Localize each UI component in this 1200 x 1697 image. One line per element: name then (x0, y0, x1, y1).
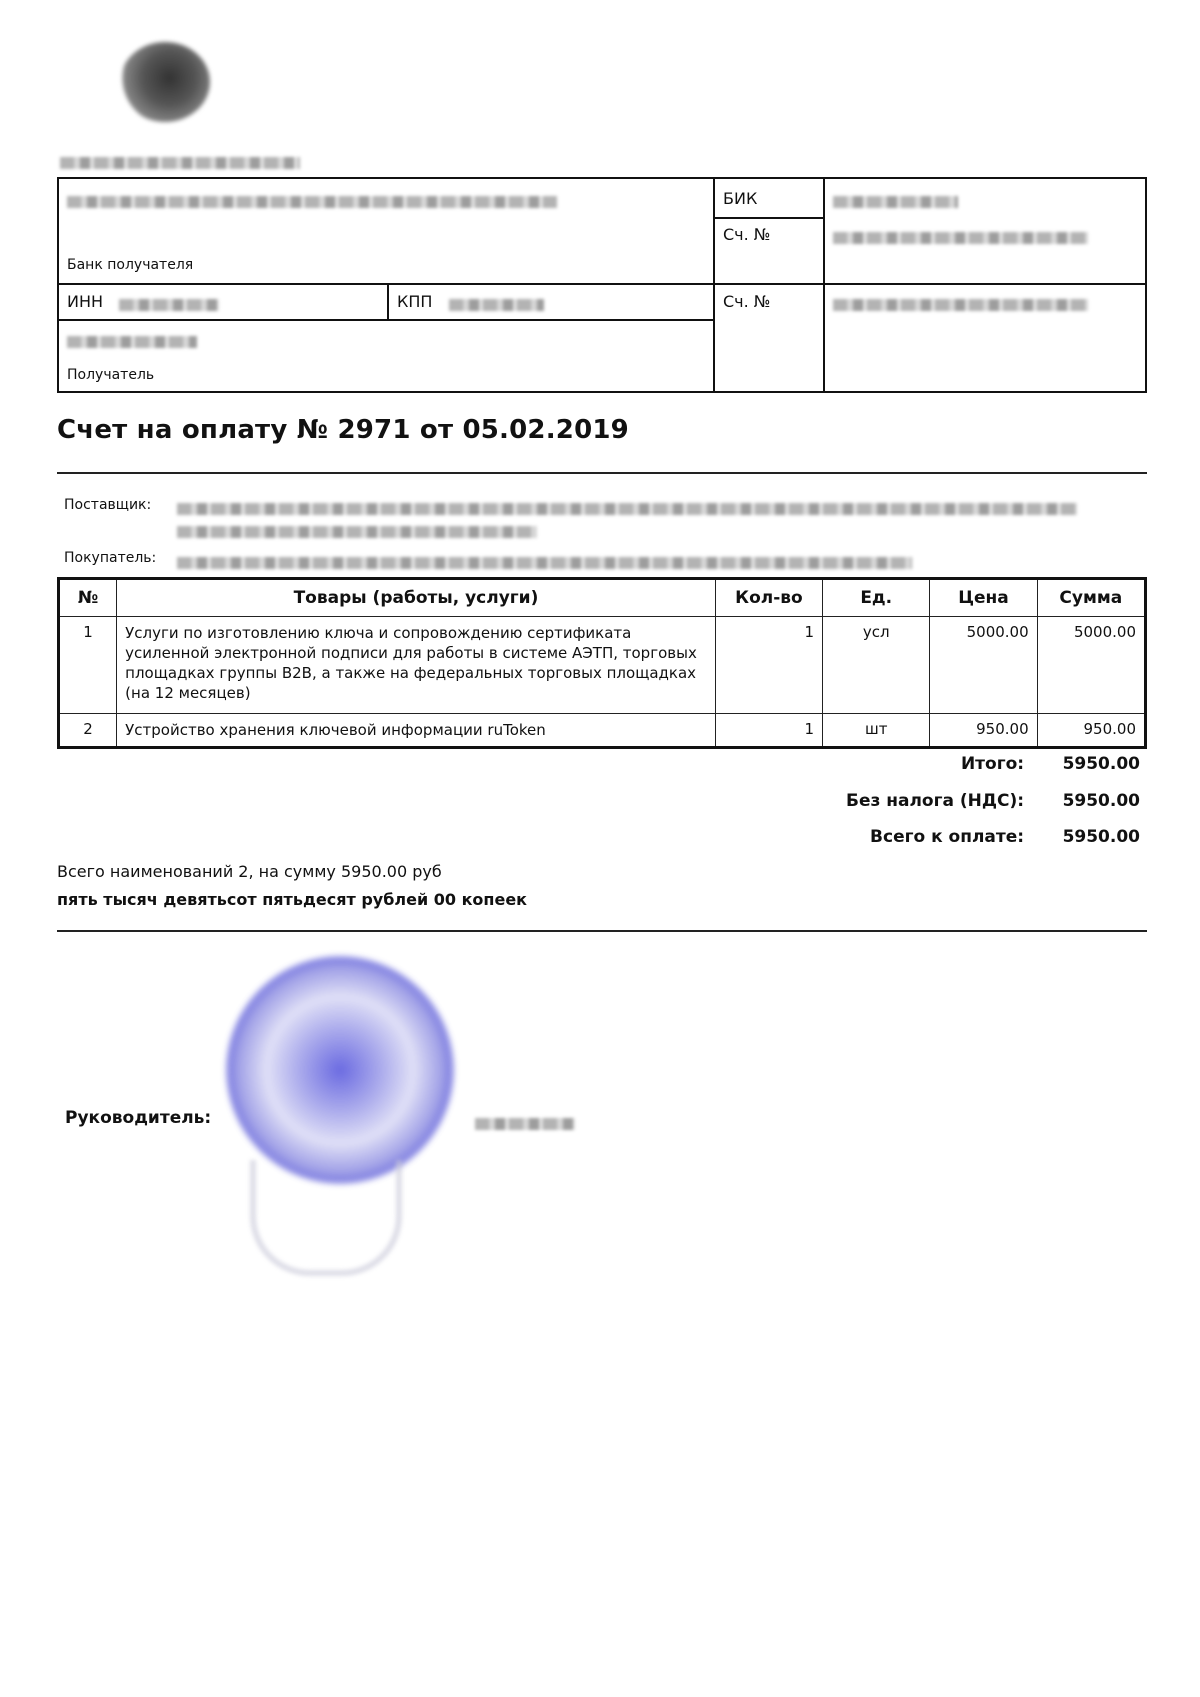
cell-unit: усл (823, 617, 930, 714)
items-table: № Товары (работы, услуги) Кол-во Ед. Цен… (57, 577, 1147, 749)
cell-sum: 5000.00 (1037, 617, 1145, 714)
cell-qty: 1 (715, 714, 822, 748)
cell-unit: шт (823, 714, 930, 748)
divider (57, 930, 1147, 932)
supplier-value-redacted (177, 498, 1077, 538)
tax-value: 5950.00 (1030, 791, 1140, 811)
cell-qty: 1 (715, 617, 822, 714)
inn-value-redacted (119, 294, 219, 313)
bank-name-redacted (67, 191, 557, 210)
bank-label: Банк получателя (67, 257, 193, 273)
subtotal-row: Итого: 5950.00 (961, 754, 1140, 774)
col-header-no: № (59, 579, 117, 617)
company-logo (120, 42, 210, 122)
cell-name: Устройство хранения ключевой информации … (117, 714, 716, 748)
director-name-redacted (475, 1113, 575, 1132)
cell-price: 5000.00 (930, 617, 1037, 714)
bik-value-redacted (833, 191, 958, 210)
cell-no: 1 (59, 617, 117, 714)
divider (57, 472, 1147, 474)
director-label: Руководитель: (65, 1108, 211, 1128)
corr-account-value-redacted (833, 227, 1088, 246)
inn-label: ИНН (67, 292, 103, 311)
table-row: 2 Устройство хранения ключевой информаци… (59, 714, 1146, 748)
signature-scribble (250, 1160, 402, 1276)
tax-row: Без налога (НДС): 5950.00 (846, 791, 1140, 811)
col-header-sum: Сумма (1037, 579, 1145, 617)
account-label: Сч. № (723, 292, 770, 311)
total-value: 5950.00 (1030, 827, 1140, 847)
total-label: Всего к оплате: (870, 827, 1024, 847)
table-header-row: № Товары (работы, услуги) Кол-во Ед. Цен… (59, 579, 1146, 617)
summary-count-line: Всего наименований 2, на сумму 5950.00 р… (57, 862, 442, 881)
cell-name: Услуги по изготовлению ключа и сопровожд… (117, 617, 716, 714)
kpp-label: КПП (397, 292, 432, 311)
company-name-redacted (60, 152, 300, 171)
account-value-redacted (833, 294, 1088, 313)
subtotal-value: 5950.00 (1030, 754, 1140, 774)
cell-sum: 950.00 (1037, 714, 1145, 748)
buyer-value-redacted (177, 552, 912, 571)
invoice-title: Счет на оплату № 2971 от 05.02.2019 (57, 415, 629, 445)
amount-in-words: пять тысяч девятьсот пятьдесят рублей 00… (57, 890, 527, 909)
buyer-label: Покупатель: (64, 550, 156, 566)
recipient-label: Получатель (67, 367, 154, 383)
kpp-value-redacted (449, 294, 544, 313)
tax-label: Без налога (НДС): (846, 791, 1024, 811)
company-stamp (225, 955, 455, 1185)
cell-no: 2 (59, 714, 117, 748)
corr-account-label: Сч. № (723, 225, 770, 244)
table-row: 1 Услуги по изготовлению ключа и сопрово… (59, 617, 1146, 714)
cell-price: 950.00 (930, 714, 1037, 748)
supplier-label: Поставщик: (64, 497, 151, 513)
col-header-unit: Ед. (823, 579, 930, 617)
col-header-price: Цена (930, 579, 1037, 617)
col-header-qty: Кол-во (715, 579, 822, 617)
recipient-name-redacted (67, 331, 197, 350)
subtotal-label: Итого: (961, 754, 1024, 774)
total-row: Всего к оплате: 5950.00 (870, 827, 1140, 847)
bank-details-table: Банк получателя БИК Сч. № ИНН КПП Сч. № … (57, 177, 1147, 393)
bik-label: БИК (723, 189, 757, 208)
col-header-name: Товары (работы, услуги) (117, 579, 716, 617)
